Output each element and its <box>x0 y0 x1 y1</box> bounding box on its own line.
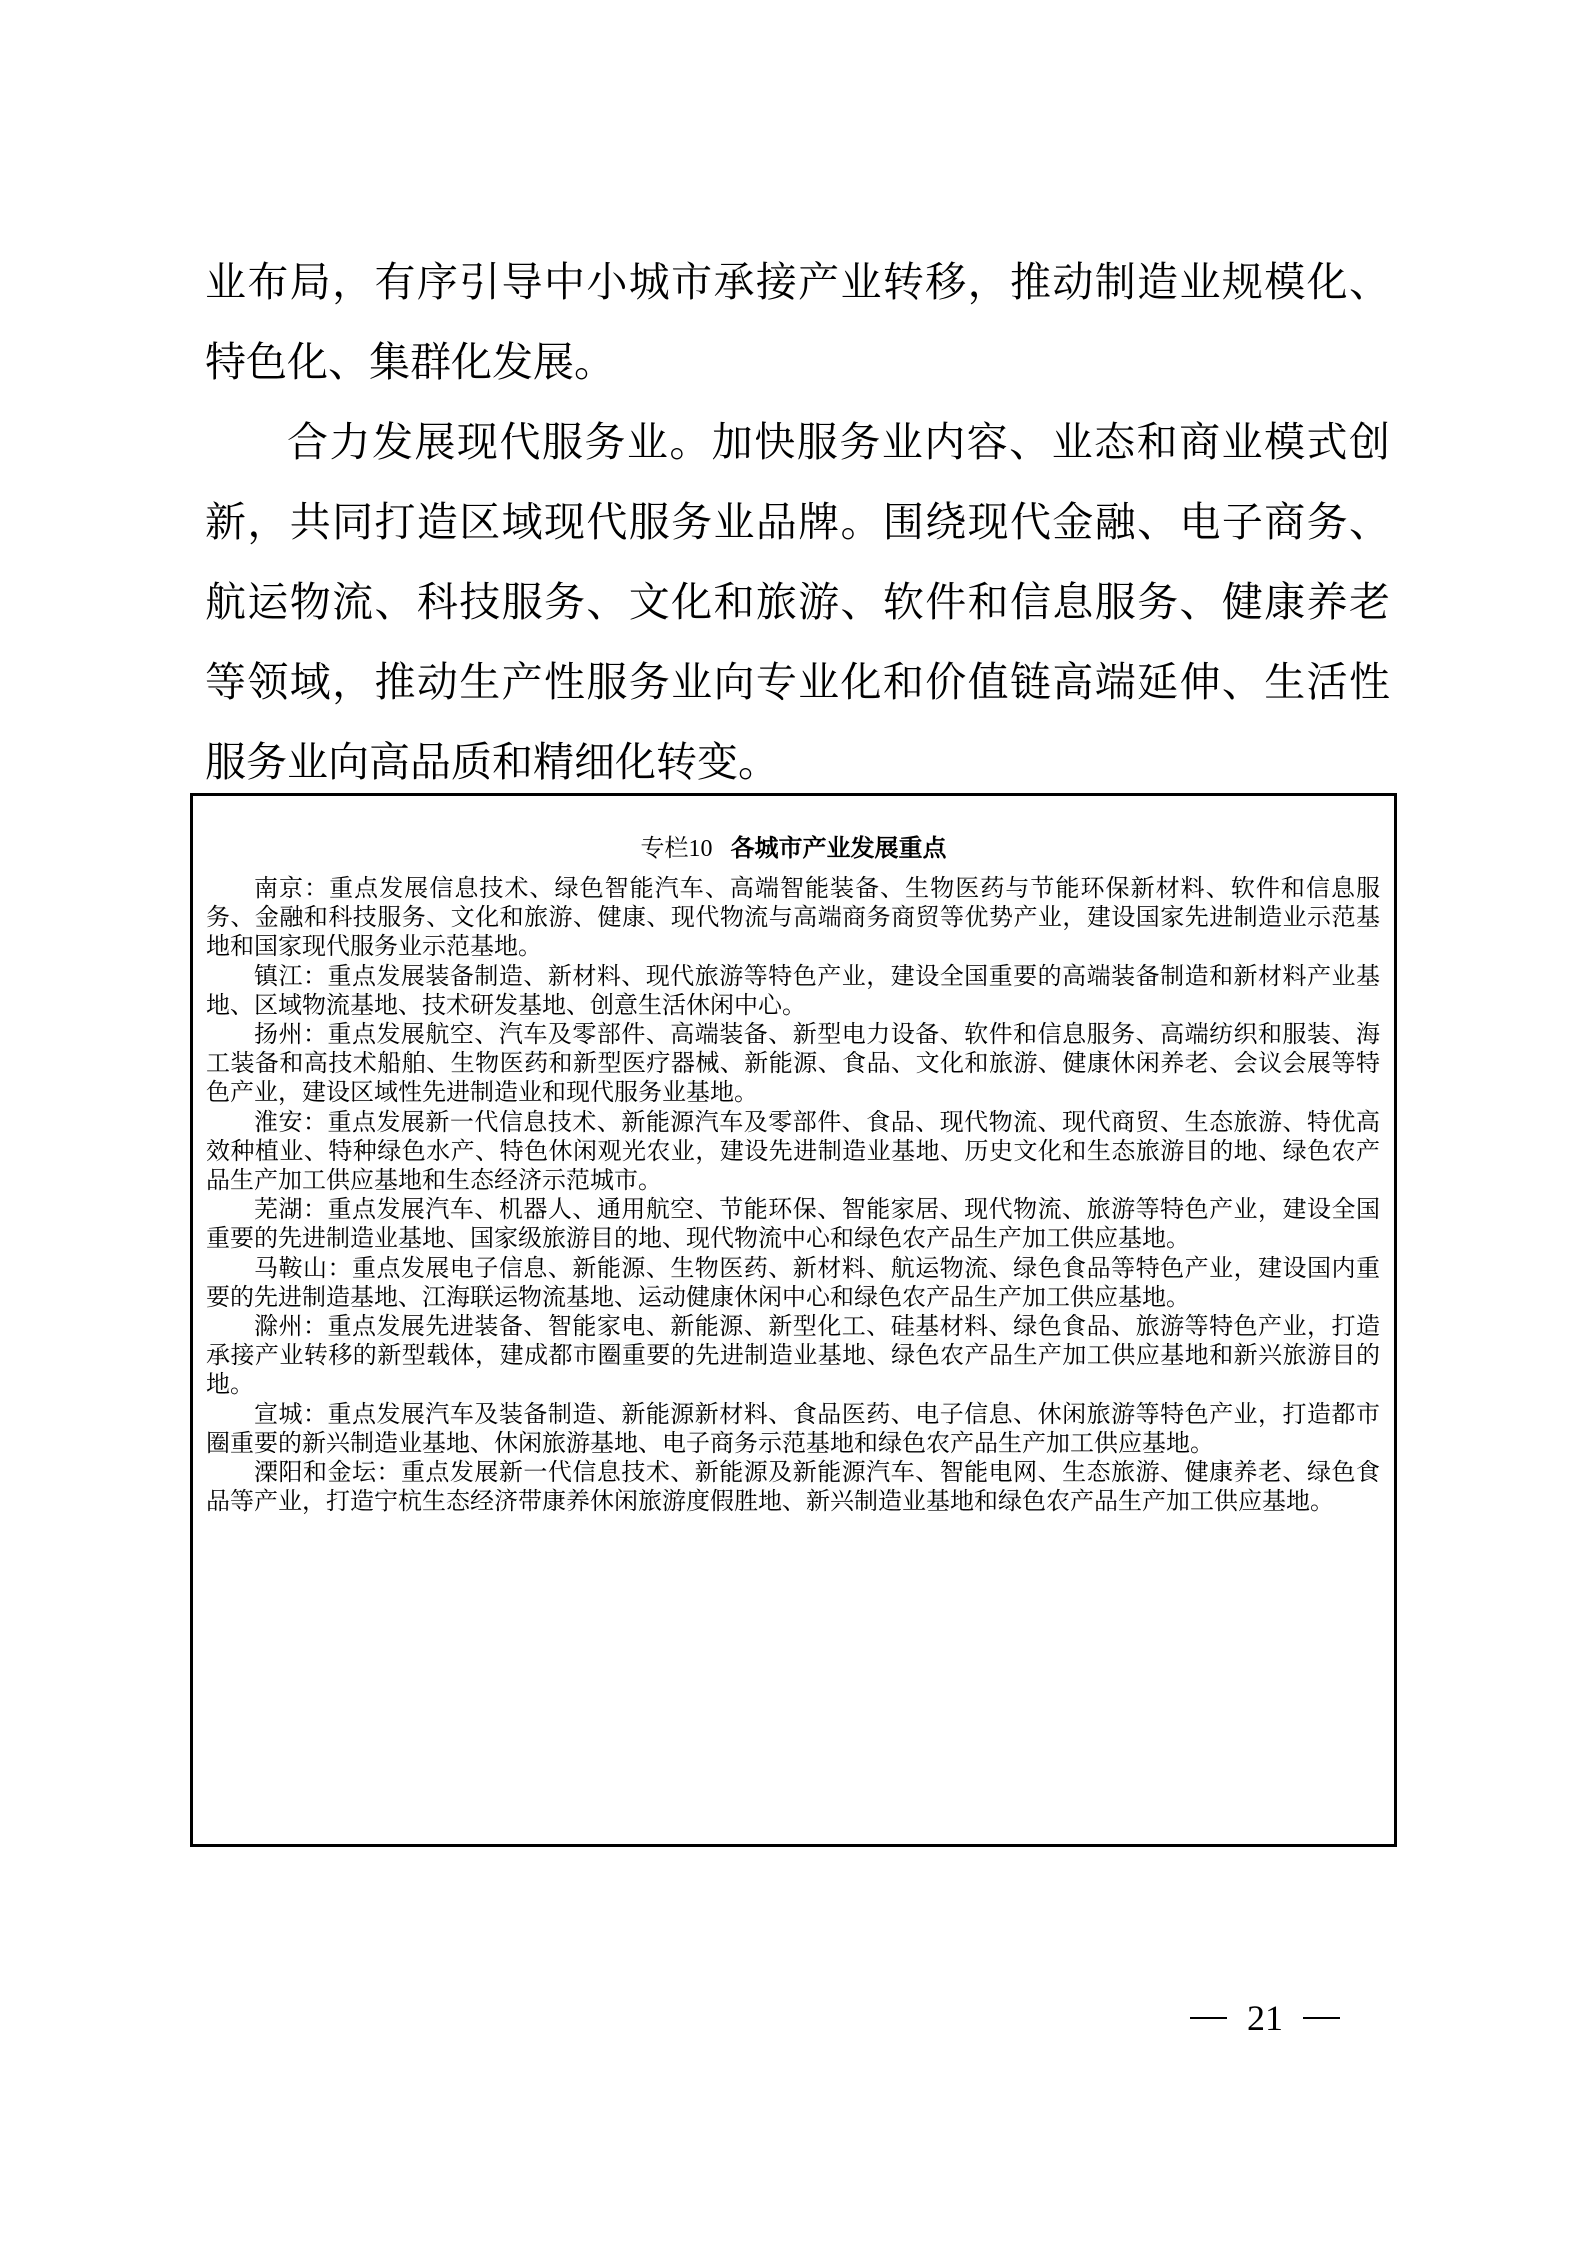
box-entry-xuancheng: 宣城：重点发展汽车及装备制造、新能源新材料、食品医药、电子信息、休闲旅游等特色产… <box>206 1400 1380 1458</box>
feature-box-city-industries: 专栏10各城市产业发展重点 南京：重点发展信息技术、绿色智能汽车、高端智能装备、… <box>190 793 1397 1847</box>
city-description: 重点发展信息技术、绿色智能汽车、高端智能装备、生物医药与节能环保新材料、软件和信… <box>206 874 1380 960</box>
box-title-text: 各城市产业发展重点 <box>731 834 947 862</box>
box-entry-wuhu: 芜湖：重点发展汽车、机器人、通用航空、节能环保、智能家居、现代物流、旅游等特色产… <box>206 1195 1380 1253</box>
body-text: 业布局，有序引导中小城市承接产业转移，推动制造业规模化、特色化、集群化发展。 合… <box>205 242 1390 802</box>
city-name: 马鞍山： <box>254 1254 352 1282</box>
box-entry-liyang-jintan: 溧阳和金坛：重点发展新一代信息技术、新能源及新能源汽车、智能电网、生态旅游、健康… <box>206 1458 1380 1516</box>
body-paragraph-modern-services: 合力发展现代服务业。加快服务业内容、业态和商业模式创新，共同打造区域现代服务业品… <box>205 402 1390 802</box>
box-entry-zhenjiang: 镇江：重点发展装备制造、新材料、现代旅游等特色产业，建设全国重要的高端装备制造和… <box>206 962 1380 1020</box>
box-entry-yangzhou: 扬州：重点发展航空、汽车及零部件、高端装备、新型电力设备、软件和信息服务、高端纺… <box>206 1020 1380 1108</box>
city-name: 淮安： <box>254 1108 327 1136</box>
box-entry-chuzhou: 滁州：重点发展先进装备、智能家电、新能源、新型化工、硅基材料、绿色食品、旅游等特… <box>206 1312 1380 1400</box>
city-name: 扬州： <box>254 1020 327 1048</box>
box-title-prefix: 专栏10 <box>641 836 713 862</box>
box-title: 专栏10各城市产业发展重点 <box>193 833 1394 864</box>
page-number: 21 <box>1190 1998 1340 2038</box>
city-name: 滁州： <box>254 1312 327 1340</box>
page-number-value: 21 <box>1247 1998 1283 2038</box>
city-description: 重点发展汽车及装备制造、新能源新材料、食品医药、电子信息、休闲旅游等特色产业，打… <box>206 1400 1380 1457</box>
city-name: 芜湖： <box>254 1195 327 1223</box>
body-paragraph-continuation: 业布局，有序引导中小城市承接产业转移，推动制造业规模化、特色化、集群化发展。 <box>205 242 1390 402</box>
city-description: 重点发展先进装备、智能家电、新能源、新型化工、硅基材料、绿色食品、旅游等特色产业… <box>206 1312 1380 1398</box>
box-entry-huaian: 淮安：重点发展新一代信息技术、新能源汽车及零部件、食品、现代物流、现代商贸、生态… <box>206 1108 1380 1196</box>
city-description: 重点发展航空、汽车及零部件、高端装备、新型电力设备、软件和信息服务、高端纺织和服… <box>206 1020 1380 1106</box>
city-name: 镇江： <box>254 962 327 990</box>
dash-left <box>1190 2017 1227 2019</box>
box-entry-nanjing: 南京：重点发展信息技术、绿色智能汽车、高端智能装备、生物医药与节能环保新材料、软… <box>206 874 1380 962</box>
city-description: 重点发展电子信息、新能源、生物医药、新材料、航运物流、绿色食品等特色产业，建设国… <box>206 1254 1380 1311</box>
city-name: 宣城： <box>254 1400 327 1428</box>
dash-right <box>1303 2017 1340 2019</box>
city-description: 重点发展汽车、机器人、通用航空、节能环保、智能家居、现代物流、旅游等特色产业，建… <box>206 1195 1380 1252</box>
city-description: 重点发展新一代信息技术、新能源汽车及零部件、食品、现代物流、现代商贸、生态旅游、… <box>206 1108 1380 1194</box>
city-name: 南京： <box>254 874 329 902</box>
city-name: 溧阳和金坛： <box>254 1458 401 1486</box>
box-entry-maanshan: 马鞍山：重点发展电子信息、新能源、生物医药、新材料、航运物流、绿色食品等特色产业… <box>206 1254 1380 1312</box>
box-body: 南京：重点发展信息技术、绿色智能汽车、高端智能装备、生物医药与节能环保新材料、软… <box>206 874 1380 1516</box>
city-description: 重点发展装备制造、新材料、现代旅游等特色产业，建设全国重要的高端装备制造和新材料… <box>206 962 1380 1019</box>
